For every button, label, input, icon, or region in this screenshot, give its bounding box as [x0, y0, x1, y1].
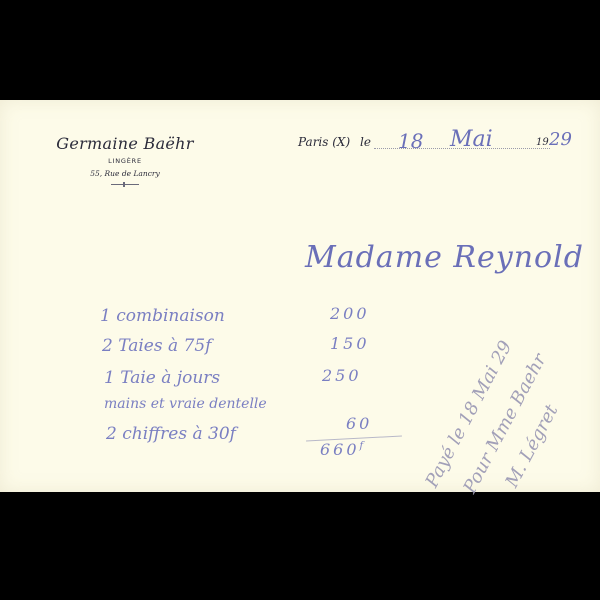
item-amount: 250: [322, 366, 362, 385]
total-value: 660: [320, 440, 360, 459]
letterhead-trade: LINGÈRE: [40, 157, 210, 165]
dateline: Paris (X) le 18 Mai 19 29: [298, 131, 568, 157]
letterhead-name: Germaine Baëhr: [40, 134, 210, 153]
date-year-suffix: 29: [549, 129, 572, 150]
total-amount: 660f: [320, 440, 363, 459]
date-month: Mai: [450, 127, 493, 152]
item-amount: 200: [330, 304, 370, 323]
date-year-prefix: 19: [536, 137, 549, 148]
total-unit: f: [360, 441, 364, 452]
ornament-divider-icon: [111, 184, 139, 185]
recipient: Madame Reynold: [305, 240, 584, 275]
item-amount: 60: [346, 414, 372, 433]
date-le: le: [360, 135, 371, 149]
item-amount: 150: [330, 334, 370, 353]
item-description: 2 Taies à 75f: [102, 336, 211, 356]
item-description: 1 Taie à jours: [104, 368, 220, 388]
item-description: 1 combinaison: [100, 306, 225, 326]
letterhead: Germaine Baëhr LINGÈRE 55, Rue de Lancry: [40, 134, 210, 185]
date-day: 18: [398, 129, 423, 153]
date-place: Paris (X): [298, 135, 350, 149]
item-description: 2 chiffres à 30f: [106, 424, 236, 444]
letterhead-address: 55, Rue de Lancry: [40, 169, 210, 178]
item-description: mains et vraie dentelle: [104, 396, 267, 412]
